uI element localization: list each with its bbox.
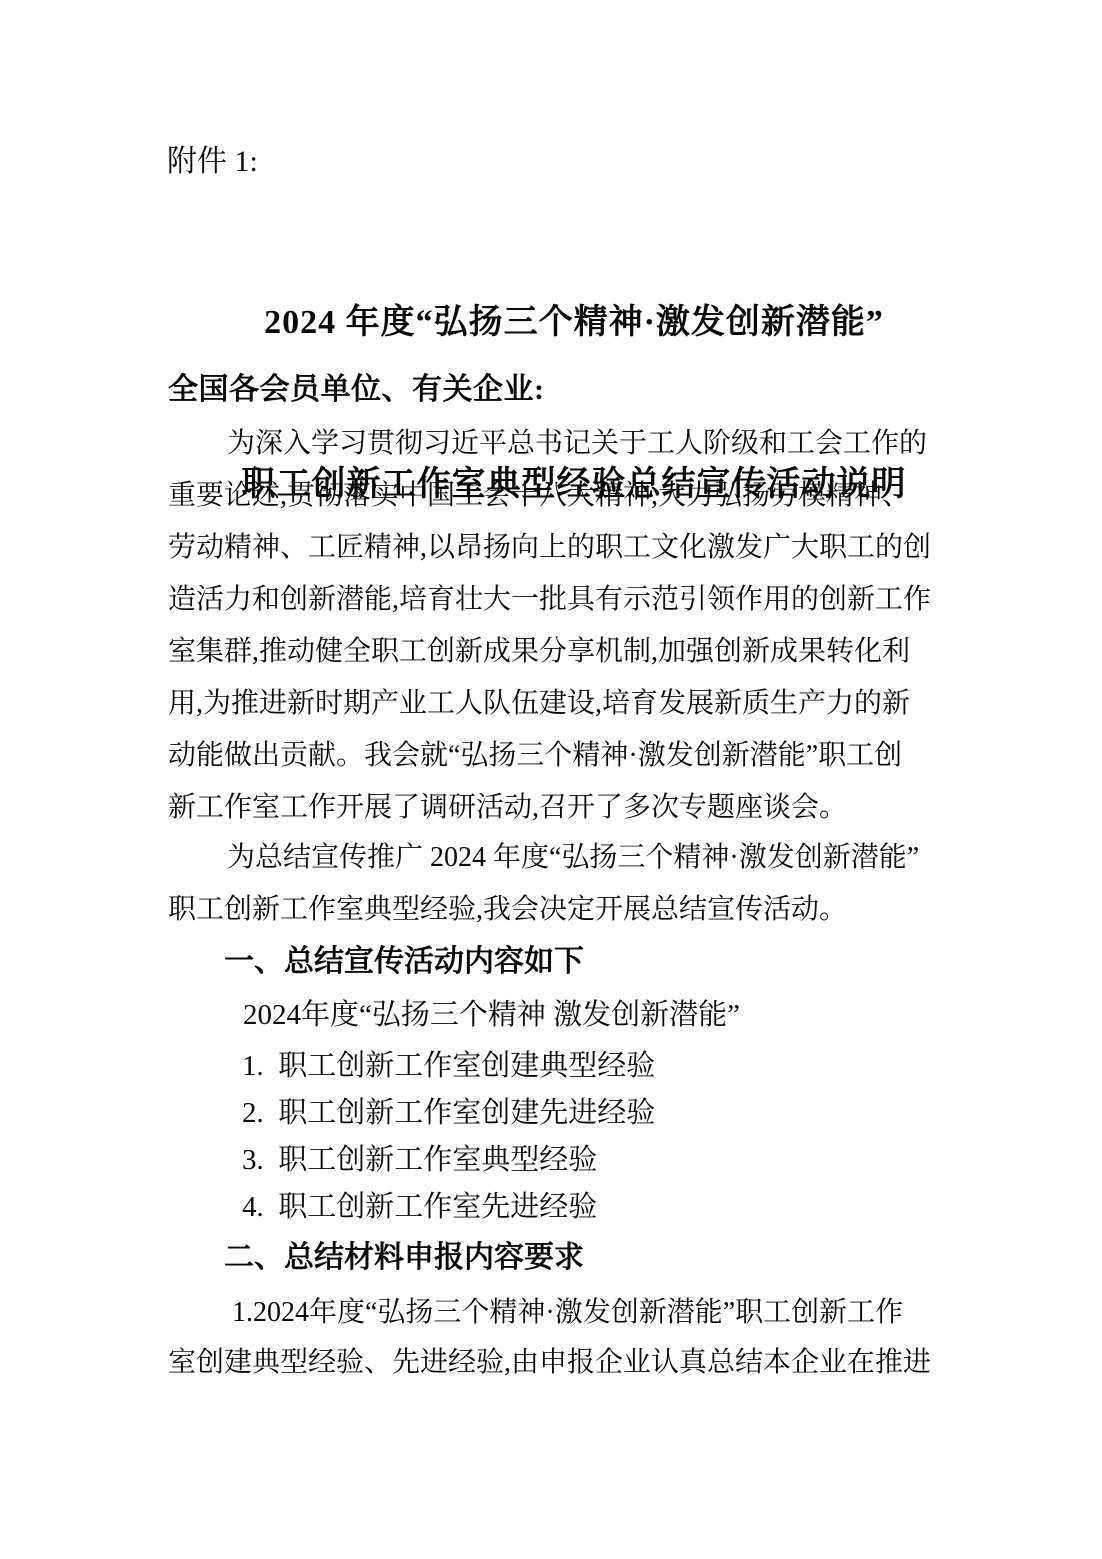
paragraph-line: 为深入学习贯彻习近平总书记关于工人阶级和工会工作的 bbox=[168, 418, 935, 470]
document-title-line-1: 2024 年度“弘扬三个精神·激发创新潜能” bbox=[214, 296, 934, 350]
paragraph-line: 1.2024年度“弘扬三个精神·激发创新潜能”职工创新工作 bbox=[168, 1288, 935, 1338]
salutation: 全国各会员单位、有关企业: bbox=[168, 369, 545, 411]
paragraph-line: 室创建典型经验、先进经验,由申报企业认真总结本企业在推进 bbox=[168, 1338, 935, 1388]
paragraph-intro: 为深入学习贯彻习近平总书记关于工人阶级和工会工作的重要论述,贯彻落实中国工会十八… bbox=[168, 418, 935, 834]
section-2-heading: 二、总结材料申报内容要求 bbox=[168, 1232, 584, 1284]
list-item: 3. 职工创新工作室典型经验 bbox=[242, 1137, 655, 1184]
paragraph-line: 新工作室工作开展了调研活动,召开了多次专题座谈会。 bbox=[168, 782, 935, 834]
paragraph-line: 劳动精神、工匠精神,以昂扬向上的职工文化激发广大职工的创 bbox=[168, 522, 935, 574]
section-1-subtitle: 2024年度“弘扬三个精神 激发创新潜能” bbox=[168, 990, 740, 1040]
list-item: 2. 职工创新工作室创建先进经验 bbox=[242, 1090, 655, 1137]
paragraph-line: 造活力和创新潜能,培育壮大一批具有示范引领作用的创新工作 bbox=[168, 574, 935, 626]
paragraph-decision: 为总结宣传推广 2024 年度“弘扬三个精神·激发创新潜能”职工创新工作室典型经… bbox=[168, 832, 935, 936]
paragraph-line: 职工创新工作室典型经验,我会决定开展总结宣传活动。 bbox=[168, 884, 935, 936]
document-page: 附件 1: 2024 年度“弘扬三个精神·激发创新潜能” 职工创新工作室典型经验… bbox=[0, 0, 1102, 1559]
paragraph-requirements: 1.2024年度“弘扬三个精神·激发创新潜能”职工创新工作室创建典型经验、先进经… bbox=[168, 1288, 935, 1388]
attachment-label: 附件 1: bbox=[167, 142, 258, 182]
paragraph-line: 重要论述,贯彻落实中国工会十八大精神,大力弘扬劳模精神、 bbox=[168, 470, 935, 522]
section-1-numbered-list: 1. 职工创新工作室创建典型经验2. 职工创新工作室创建先进经验3. 职工创新工… bbox=[168, 1043, 655, 1231]
paragraph-line: 用,为推进新时期产业工人队伍建设,培育发展新质生产力的新 bbox=[168, 678, 935, 730]
section-1-heading: 一、总结宣传活动内容如下 bbox=[168, 936, 584, 988]
paragraph-line: 室集群,推动健全职工创新成果分享机制,加强创新成果转化利 bbox=[168, 626, 935, 678]
list-item: 1. 职工创新工作室创建典型经验 bbox=[242, 1043, 655, 1090]
paragraph-line: 动能做出贡献。我会就“弘扬三个精神·激发创新潜能”职工创 bbox=[168, 730, 935, 782]
paragraph-line: 为总结宣传推广 2024 年度“弘扬三个精神·激发创新潜能” bbox=[168, 832, 935, 884]
list-item: 4. 职工创新工作室先进经验 bbox=[242, 1184, 655, 1231]
